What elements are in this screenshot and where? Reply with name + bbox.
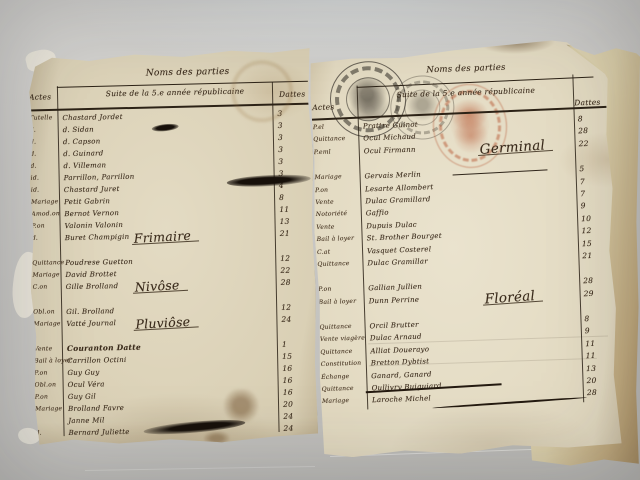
- names-cell: Petit Gabrin: [64, 196, 110, 207]
- act-type-cell: Constitution: [321, 359, 363, 370]
- date-cell: 12: [581, 226, 591, 236]
- names-cell: d. Capson: [63, 136, 101, 147]
- act-type-cell: Notoriété: [316, 209, 358, 220]
- names-cell: Lesarte Allombert: [365, 182, 434, 194]
- names-cell: Bretton Dybtist: [371, 357, 430, 369]
- names-cell: d. Sidan: [63, 124, 94, 135]
- act-type-cell: Bail à loyer: [319, 296, 361, 307]
- act-type-cell: Bail à loyer: [317, 234, 359, 245]
- date-cell: 3: [278, 157, 283, 167]
- names-cell: Chastard Juret: [64, 184, 120, 195]
- month-annotation: Germinal: [477, 140, 553, 156]
- names-cell: Alliat Douerayo: [370, 344, 429, 356]
- names-cell: d. Villeman: [63, 160, 106, 171]
- date-cell: 22: [280, 266, 290, 276]
- names-cell: David Brottet: [65, 269, 116, 280]
- names-cell: Ocul Véra: [68, 379, 105, 390]
- names-cell: Dulac Gramillar: [367, 256, 428, 268]
- names-cell: Buret Champigin: [65, 232, 130, 243]
- date-cell: 28: [583, 276, 593, 286]
- date-cell: 24: [281, 315, 291, 325]
- names-cell: Parrillon, Parrillon: [64, 172, 135, 183]
- names-cell: Brolland Favre: [68, 403, 124, 414]
- names-cell: d. Guinard: [63, 148, 103, 159]
- acts-column-header: Actes: [312, 102, 334, 112]
- month-annotation: Pluviôse: [133, 316, 198, 330]
- names-cell: Guy Guy: [67, 367, 99, 378]
- date-cell: 3: [278, 121, 283, 131]
- date-cell: 7: [580, 189, 585, 199]
- date-cell: 20: [586, 376, 596, 386]
- date-cell: 11: [585, 339, 595, 349]
- act-type-cell: P.on: [315, 184, 357, 195]
- date-cell: 16: [282, 364, 292, 374]
- names-cell: Laroche Michel: [372, 394, 431, 406]
- date-cell: 10: [581, 214, 591, 224]
- date-cell: 3: [278, 145, 283, 155]
- month-annotation: Floréal: [482, 290, 543, 305]
- date-cell: 21: [280, 229, 290, 239]
- act-type-cell: P.eml: [314, 146, 356, 157]
- names-cell: St. Brother Bourget: [366, 231, 441, 243]
- date-cell: 12: [280, 254, 290, 264]
- left-page-rows: Tutelle Chastard Jordet 3 d. d. Sidan 3 …: [27, 108, 318, 440]
- month-annotation: Nivôse: [133, 280, 188, 294]
- left-register-page: Noms des parties Suite de la 5.e année r…: [26, 47, 319, 446]
- date-cell: 8: [279, 193, 284, 203]
- brown-stain: [223, 388, 260, 423]
- date-cell: 15: [282, 352, 292, 362]
- date-cell: 24: [283, 412, 293, 422]
- date-cell: 11: [279, 205, 289, 215]
- names-cell: Carrillon Octini: [67, 355, 127, 366]
- names-cell: Couranton Datte: [67, 343, 141, 354]
- desk-scratch: [85, 466, 315, 471]
- date-cell: 11: [586, 351, 596, 361]
- date-cell: 21: [582, 251, 592, 261]
- names-cell: Oullivry Buiguiard: [371, 381, 441, 393]
- page-title: Noms des parties: [391, 62, 541, 77]
- date-cell: 13: [586, 363, 596, 373]
- date-cell: 9: [581, 201, 586, 211]
- dates-column-header: Dattes: [574, 98, 601, 108]
- date-cell: 15: [582, 238, 592, 248]
- names-cell: Dulac Arnaud: [370, 332, 422, 344]
- date-cell: 28: [281, 278, 291, 288]
- date-cell: 8: [578, 114, 583, 124]
- names-cell: Valonin Valonin: [64, 220, 123, 231]
- brown-stain: [204, 431, 230, 445]
- date-cell: 28: [578, 126, 588, 136]
- date-cell: 3: [278, 133, 283, 143]
- names-cell: Prattre Guinot: [363, 120, 418, 132]
- names-cell: Guy Gil: [68, 391, 96, 402]
- date-cell: 16: [283, 388, 293, 398]
- names-cell: Bernot Vernon: [64, 208, 119, 219]
- date-cell: 20: [283, 400, 293, 410]
- names-cell: Gil. Brolland: [66, 306, 114, 317]
- names-cell: Gille Brolland: [66, 281, 119, 292]
- acts-column-header: Actes: [29, 92, 51, 101]
- act-type-cell: Mariage: [322, 396, 364, 407]
- names-cell: Vatté Journal: [66, 318, 116, 329]
- names-cell: Chastard Jordet: [62, 112, 122, 123]
- act-type-cell: Mariage: [314, 172, 356, 183]
- date-cell: 9: [585, 327, 590, 337]
- date-cell: 1: [282, 340, 287, 350]
- names-cell: Ganard, Ganard: [371, 369, 432, 381]
- names-cell: Ocul Michaud: [363, 132, 416, 144]
- date-cell: 13: [279, 217, 289, 227]
- date-cell: 29: [583, 289, 593, 299]
- act-type-cell: Échange: [321, 371, 363, 382]
- names-cell: Gallian Jullien: [368, 282, 422, 294]
- act-type-cell: Quittance: [320, 346, 362, 357]
- date-cell: 16: [282, 376, 292, 386]
- act-type-cell: Quittance: [319, 322, 361, 333]
- act-type-cell: Quittance: [321, 384, 363, 395]
- date-cell: 28: [587, 388, 597, 398]
- date-cell: 8: [584, 314, 589, 324]
- names-cell: Vasquet Costerel: [367, 244, 431, 256]
- document-photo: Noms des parties Suite de la 5.e année r…: [0, 0, 640, 480]
- names-cell: Dupuis Dulac: [366, 219, 417, 231]
- names-cell: Gaffio: [366, 208, 389, 219]
- names-cell: Orcil Brutter: [369, 320, 418, 332]
- names-cell: Bernard Juliette: [68, 427, 129, 438]
- act-type-cell: Vente viagère: [320, 334, 362, 345]
- date-cell: 7: [580, 177, 585, 187]
- month-annotation: Frimaire: [132, 230, 200, 245]
- names-cell: Ocul Firmann: [364, 144, 416, 156]
- names-cell: Poudrese Guetton: [65, 257, 133, 268]
- right-register-page: Noms des parties Suite de la 5.e année r…: [308, 35, 630, 459]
- names-cell: Dunn Perrine: [369, 294, 420, 306]
- torn-paper-fragment: [17, 426, 41, 446]
- act-type-cell: Quittance: [313, 134, 355, 145]
- date-cell: 22: [578, 139, 588, 149]
- right-page-rows: P.el Prattre Guinot 8 Quittance Ocul Mic…: [311, 113, 628, 410]
- act-type-cell: P.el: [313, 122, 355, 133]
- act-type-cell: P.on: [318, 284, 360, 295]
- act-type-cell: Vente: [316, 221, 358, 232]
- act-type-cell: C.at: [317, 246, 359, 257]
- date-cell: 24: [283, 424, 293, 434]
- names-cell: Janne Mil: [68, 415, 104, 426]
- date-cell: 12: [281, 303, 291, 313]
- names-cell: Gervais Merlin: [364, 170, 421, 182]
- names-cell: Dulac Gramillard: [365, 194, 430, 206]
- act-type-cell: Vente: [315, 197, 357, 208]
- date-cell: 5: [579, 164, 584, 174]
- act-type-cell: Quittance: [317, 259, 359, 270]
